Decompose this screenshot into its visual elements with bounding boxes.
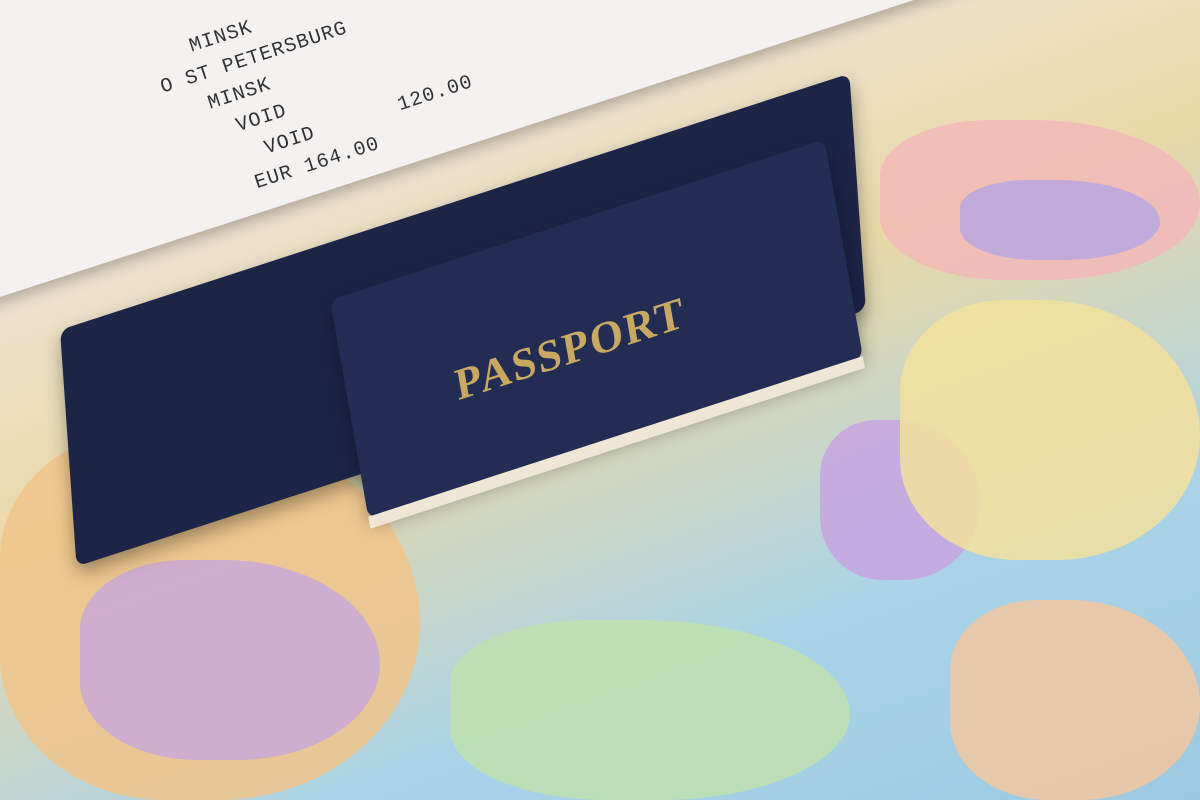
map-region [950,600,1200,800]
map-region [960,180,1160,260]
map-region [450,620,850,800]
passport-front-label: PASSPORT [451,286,689,411]
ticket-line: 120.00 [395,71,476,117]
map-region [900,300,1200,560]
